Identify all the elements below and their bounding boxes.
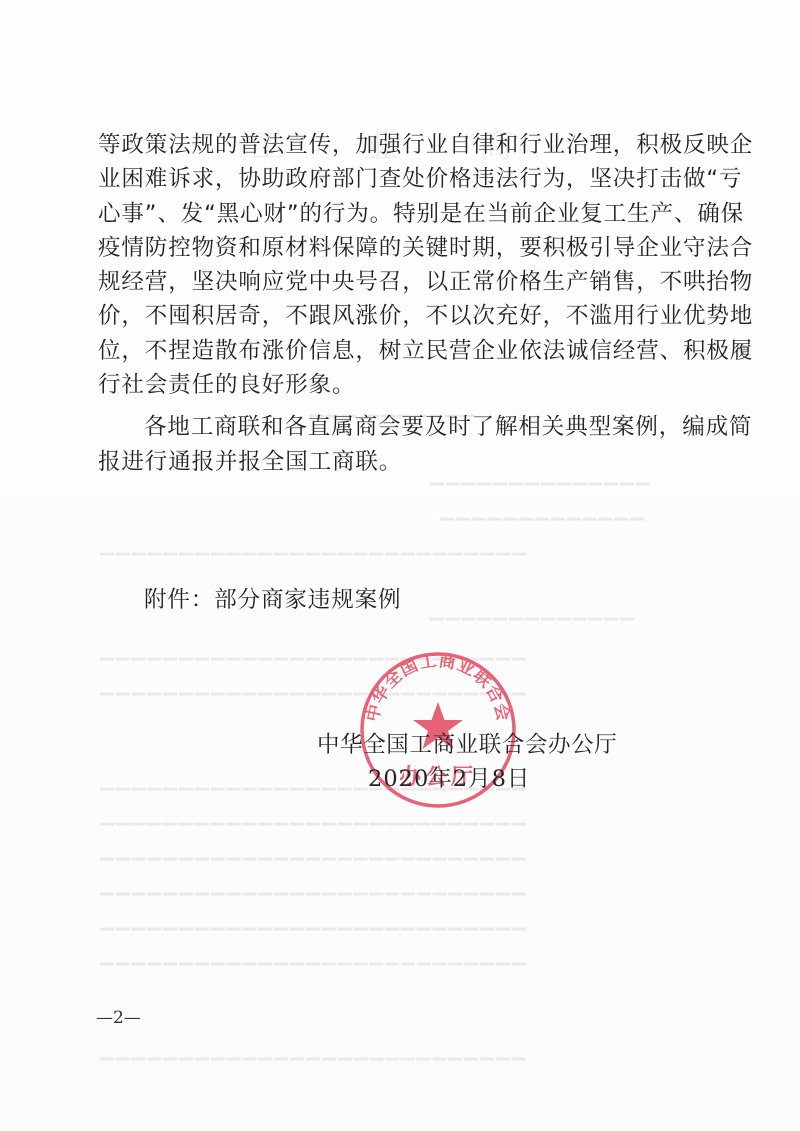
text-line: 行社会责任的良好形象。 bbox=[98, 368, 704, 402]
issue-date: 2020年2月8日 bbox=[368, 761, 530, 793]
page-number: —2— bbox=[96, 1008, 141, 1028]
bleed-through-ghost-line: ▁▁▁▁▁▁▁▁▁▁▁▁▁▁▁▁▁▁▁▁▁▁▁▁▁▁▁ bbox=[100, 1040, 528, 1061]
issuing-organization: 中华全国工商业联合会办公厅 bbox=[317, 727, 617, 759]
text-line: 规经营，坚决响应党中央号召，以正常价格生产销售，不哄抬物 bbox=[98, 265, 704, 299]
text-line: 等政策法规的普法宣传，加强行业自律和行业治理，积极反映企 bbox=[98, 128, 704, 162]
paragraph-reporting-instructions: 各地工商联和各直属商会要及时了解相关典型案例，编成简 报进行通报并报全国工商联。 bbox=[98, 410, 704, 479]
bleed-through-ghost-line: ▁▁▁▁▁▁▁▁▁▁▁▁▁ bbox=[430, 600, 636, 621]
bleed-through-ghost-line: ▁▁▁▁▁▁▁▁▁▁▁▁▁▁▁▁▁▁▁▁▁▁▁▁▁▁▁ bbox=[100, 910, 528, 931]
text-line: 位，不捏造散布涨价信息，树立民营企业依法诚信经营、积极履 bbox=[98, 334, 704, 368]
text-line: 心事”、发“黑心财”的行为。特别是在当前企业复工生产、确保 bbox=[98, 197, 704, 231]
bleed-through-ghost-line: ▁▁▁▁▁▁▁▁▁▁▁▁▁▁▁▁▁▁▁▁▁▁▁▁▁▁▁ bbox=[100, 945, 528, 966]
text-line: 各地工商联和各直属商会要及时了解相关典型案例，编成简 bbox=[98, 410, 704, 444]
document-page: 工 · 业 · 商 ▁▁▁ ▁▁▁▁▁▁▁ ▁▁▁▁▁▁▁▁▁▁▁▁▁▁ ▁▁▁… bbox=[0, 0, 800, 1131]
attachment-label: 附件：部分商家违规案例 bbox=[144, 582, 401, 614]
text-line: 报进行通报并报全国工商联。 bbox=[98, 445, 704, 479]
bleed-through-ghost-line: ▁▁▁▁▁▁▁▁▁▁▁▁▁▁▁▁▁▁▁▁▁▁▁▁▁▁▁ bbox=[100, 535, 528, 556]
text-line: 疫情防控物资和原材料保障的关键时期，要积极引导企业守法合 bbox=[98, 231, 704, 265]
bleed-through-ghost-line: ▁▁▁▁▁▁▁▁▁▁▁▁▁ bbox=[440, 500, 646, 521]
text-line: 业困难诉求，协助政府部门查处价格违法行为，坚决打击做“亏 bbox=[98, 162, 704, 196]
paragraph-price-regulation: 等政策法规的普法宣传，加强行业自律和行业治理，积极反映企 业困难诉求，协助政府部… bbox=[98, 128, 704, 402]
document-body: 等政策法规的普法宣传，加强行业自律和行业治理，积极反映企 业困难诉求，协助政府部… bbox=[98, 128, 704, 479]
paragraph-gap bbox=[98, 402, 704, 410]
bleed-through-ghost-line: ▁▁▁▁▁▁▁▁▁▁▁▁▁▁▁▁▁▁▁▁▁▁▁▁▁▁▁ bbox=[100, 840, 528, 861]
text-line: 价，不囤积居奇，不跟风涨价，不以次充好，不滥用行业优势地 bbox=[98, 299, 704, 333]
bleed-through-ghost-line: ▁▁▁▁▁▁▁▁▁▁▁▁▁▁▁▁▁▁▁▁▁▁▁▁▁▁▁ bbox=[100, 875, 528, 896]
